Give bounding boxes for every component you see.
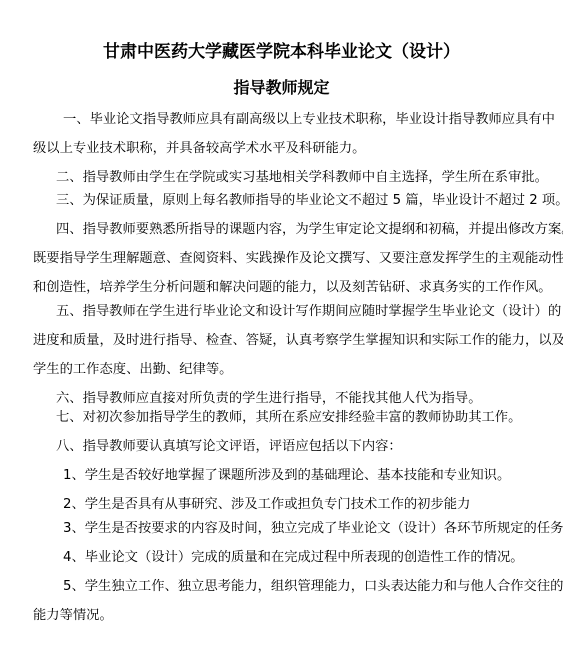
rule-5-line-1: 五、指导教师在学生进行毕业论文和设计写作期间应随时掌握学生毕业论文（设计）的 [56, 303, 561, 321]
document-subtitle: 指导教师规定 [0, 78, 563, 98]
rule-8-item-3: 3、学生是否按要求的内容及时间，独立完成了毕业论文（设计）各环节所规定的任务。 [63, 520, 563, 538]
rule-7-line-1: 七、对初次参加指导学生的教师，其所在系应安排经验丰富的教师协助其工作。 [56, 409, 521, 427]
rule-8-item-1: 1、学生是否较好地掌握了课题所涉及到的基础理论、基本技能和专业知识。 [63, 467, 510, 485]
rule-6-line-1: 六、指导教师应直接对所负责的学生进行指导，不能找其他人代为指导。 [56, 390, 482, 408]
rule-8-line-1: 八、指导教师要认真填写论文评语，评语应包括以下内容： [56, 438, 402, 456]
rule-2-line-1: 二、指导教师由学生在学院或实习基地相关学科教师中自主选择，学生所在系审批。 [56, 169, 548, 187]
rule-4-line-2: 既要指导学生理解题意、查阅资料、实践操作及论文撰写、又要注意发挥学生的主观能动性 [33, 250, 563, 268]
rule-4-line-3: 和创造性，培养学生分析问题和解决问题的能力，以及刻苦钻研、求真务实的工作作风。 [33, 279, 552, 297]
rule-5-line-3: 学生的工作态度、出勤、纪律等。 [33, 361, 232, 379]
rule-1-line-1: 一、毕业论文指导教师应具有副高级以上专业技术职称，毕业设计指导教师应具有中 [63, 111, 555, 129]
rule-8-item-4: 4、毕业论文（设计）完成的质量和在完成过程中所表现的创造性工作的情况。 [63, 549, 524, 567]
rule-8-item-5-line-1: 5、学生独立工作、独立思考能力，组织管理能力，口头表达能力和与他人合作交往的 [63, 578, 563, 596]
rule-8-item-2: 2、学生是否具有从事研究、涉及工作或担负专门技术工作的初步能力 [63, 496, 470, 514]
rule-5-line-2: 进度和质量，及时进行指导、检查、答疑，认真考察学生掌握知识和实际工作的能力，以及 [33, 332, 563, 350]
document-title: 甘肃中医药大学藏医学院本科毕业论文（设计） [0, 42, 563, 62]
rule-3-line-1: 三、为保证质量，原则上每名教师指导的毕业论文不超过 5 篇，毕业设计不超过 2 … [56, 192, 563, 210]
rule-4-line-1: 四、指导教师要熟悉所指导的课题内容，为学生审定论文提纲和初稿，并提出修改方案。 [56, 221, 563, 239]
document-page: 甘肃中医药大学藏医学院本科毕业论文（设计） 指导教师规定 一、毕业论文指导教师应… [0, 0, 563, 658]
rule-1-line-2: 级以上专业技术职称，并具备较高学术水平及科研能力。 [33, 140, 365, 158]
rule-8-item-5-line-2: 能力等情况。 [33, 607, 113, 625]
